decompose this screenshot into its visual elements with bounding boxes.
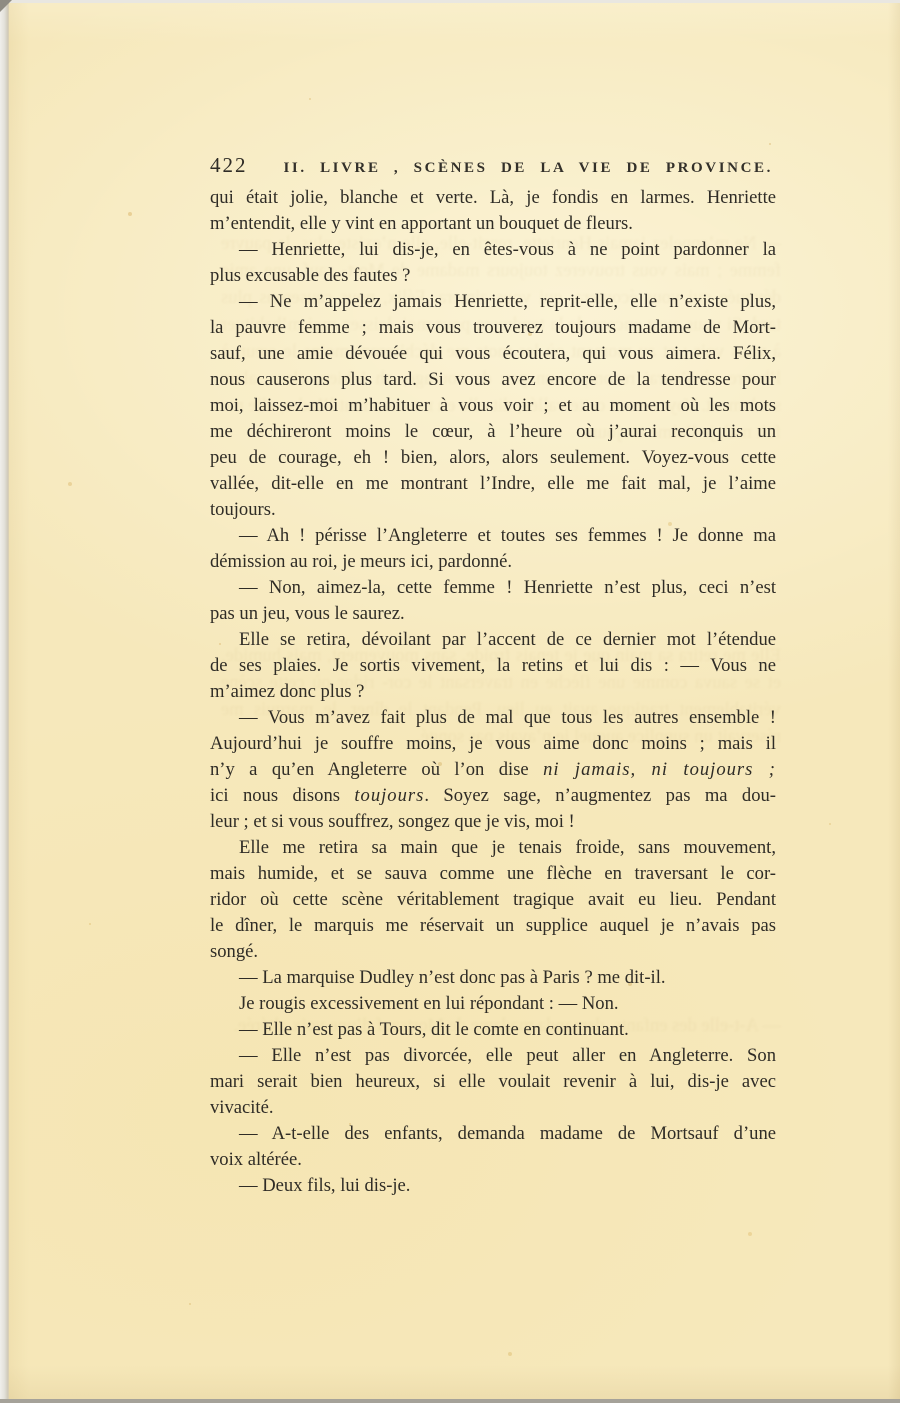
text-line: — Elle n’est pas à Tours, dit le comte e… [210,1017,776,1043]
text-line: — Vous m’avez fait plus de mal que tous … [210,705,776,731]
text-line: m’aimez donc plus ? [210,679,776,705]
paragraph: — Ne m’appelez jamais Henriette, reprit-… [210,289,776,523]
running-head: 422 II. LIVRE , SCÈNES DE LA VIE DE PROV… [210,153,776,177]
text-line: me déchireront moins le cœur, à l’heure … [210,419,776,445]
paragraph: — Vous m’avez fait plus de mal que tous … [210,705,776,835]
text-line: pas un jeu, vous le saurez. [210,601,776,627]
scan-edge-top [0,0,900,3]
scan-edge-left [0,0,8,1403]
paragraph: — Elle n’est pas à Tours, dit le comte e… [210,1017,776,1043]
text-line: plus excusable des fautes ? [210,263,776,289]
paragraph: Elle me retira sa main que je tenais fro… [210,835,776,965]
text-line: songé. [210,939,776,965]
paragraph: Elle se retira, dévoilant par l’accent d… [210,627,776,705]
text-line: la pauvre femme ; mais vous trouverez to… [210,315,776,341]
text-line: ridor où cette scène véritablement tragi… [210,887,776,913]
text-line: leur ; et si vous souffrez, songez que j… [210,809,776,835]
paragraph: — Deux fils, lui dis-je. [210,1173,776,1199]
page-number: 422 [210,153,248,178]
scan-edge-bottom [0,1399,900,1403]
text-line: — La marquise Dudley n’est donc pas à Pa… [210,965,776,991]
paragraph: Je rougis excessivement en lui répondant… [210,991,776,1017]
paragraph: — La marquise Dudley n’est donc pas à Pa… [210,965,776,991]
text-line: voix altérée. [210,1147,776,1173]
text-line: mais humide, et se sauva comme une flèch… [210,861,776,887]
running-head-title: II. LIVRE , SCÈNES DE LA VIE DE PROVINCE… [284,160,774,177]
text-line: démission au roi, je meurs ici, pardonné… [210,549,776,575]
paragraph: — A-t-elle des enfants, demanda madame d… [210,1121,776,1173]
text-line: le dîner, le marquis me réservait un sup… [210,913,776,939]
paper-fibre-speckles [9,3,11,5]
text-line: Elle se retira, dévoilant par l’accent d… [210,627,776,653]
paragraph: qui était jolie, blanche et verte. Là, j… [210,185,776,237]
text-line: peu de courage, eh ! bien, alors, alors … [210,445,776,471]
text-line: — Deux fils, lui dis-je. [210,1173,776,1199]
text-line: Je rougis excessivement en lui répondant… [210,991,776,1017]
text-line: de ses plaies. Je sortis vivement, la re… [210,653,776,679]
text-line: — Henriette, lui dis-je, en êtes-vous à … [210,237,776,263]
text-line: sauf, une amie dévouée qui vous écoutera… [210,341,776,367]
text-line: n’y a qu’en Angleterre où l’on dise ni j… [210,757,776,783]
scanned-book-page: — Ne m’appelez jamais Henriette, reprit-… [0,0,900,1403]
text-line: qui était jolie, blanche et verte. Là, j… [210,185,776,211]
text-line: toujours. [210,497,776,523]
text-line: Aujourd’hui je souffre moins, je vous ai… [210,731,776,757]
paragraph: — Elle n’est pas divorcée, elle peut all… [210,1043,776,1121]
paragraph: — Henriette, lui dis-je, en êtes-vous à … [210,237,776,289]
page-text: qui était jolie, blanche et verte. Là, j… [210,185,776,1199]
text-line: — Ne m’appelez jamais Henriette, reprit-… [210,289,776,315]
paragraph: — Ah ! périsse l’Angleterre et toutes se… [210,523,776,575]
text-line: moi, laissez-moi m’habituer à vous voir … [210,393,776,419]
paragraph: — Non, aimez-la, cette femme ! Henriette… [210,575,776,627]
text-line: vallée, dit-elle en me montrant l’Indre,… [210,471,776,497]
text-line: nous causerons plus tard. Si vous avez e… [210,367,776,393]
text-line: — A-t-elle des enfants, demanda madame d… [210,1121,776,1147]
text-line: — Elle n’est pas divorcée, elle peut all… [210,1043,776,1069]
text-line: — Non, aimez-la, cette femme ! Henriette… [210,575,776,601]
text-line: — Ah ! périsse l’Angleterre et toutes se… [210,523,776,549]
text-line: ici nous disons toujours. Soyez sage, n’… [210,783,776,809]
page-content: 422 II. LIVRE , SCÈNES DE LA VIE DE PROV… [210,153,776,1199]
text-line: m’entendit, elle y vint en apportant un … [210,211,776,237]
text-line: mari serait bien heureux, si elle voulai… [210,1069,776,1095]
text-line: Elle me retira sa main que je tenais fro… [210,835,776,861]
text-line: vivacité. [210,1095,776,1121]
